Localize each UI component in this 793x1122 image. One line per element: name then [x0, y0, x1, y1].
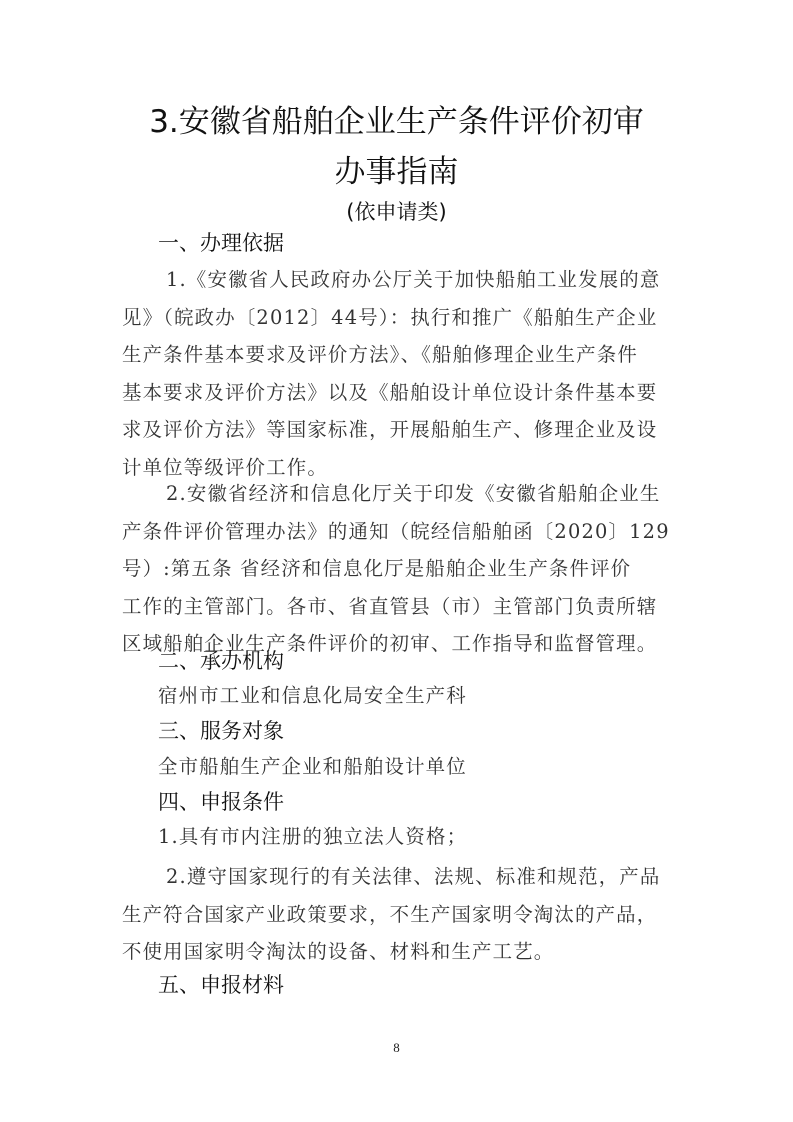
text-line: 工作的主管部门。各市、省直管县（市）主管部门负责所辖 — [122, 588, 674, 626]
document-title: 3.安徽省船舶企业生产条件评价初审 — [0, 100, 793, 144]
text-line: 1.《安徽省人民政府办公厅关于加快船舶工业发展的意 — [122, 261, 674, 299]
text-line: 2.安徽省经济和信息化厅关于印发《安徽省船舶企业生 — [122, 475, 674, 513]
text-line: 2.遵守国家现行的有关法律、法规、标准和规范，产品 — [122, 858, 674, 896]
section-heading-service-target: 三、服务对象 — [158, 716, 284, 746]
basis-paragraph-1: 1.《安徽省人民政府办公厅关于加快船舶工业发展的意 见》（皖政办〔2012〕44… — [122, 261, 674, 486]
document-category: (依申请类) — [0, 196, 793, 228]
section-heading-basis: 一、办理依据 — [158, 228, 284, 258]
text-line: 不使用国家明令淘汰的设备、材料和生产工艺。 — [122, 933, 674, 971]
service-target-text: 全市船舶生产企业和船舶设计单位 — [158, 752, 467, 782]
section-heading-materials: 五、申报材料 — [158, 970, 284, 1000]
text-line: 见》（皖政办〔2012〕44号）：执行和推广《船舶生产企业 — [122, 299, 674, 337]
agency-text: 宿州市工业和信息化局安全生产科 — [158, 681, 467, 711]
condition-item-2: 2.遵守国家现行的有关法律、法规、标准和规范，产品 生产符合国家产业政策要求，不… — [122, 858, 674, 971]
text-line: 求及评价方法》等国家标准，开展船舶生产、修理企业及设 — [122, 411, 674, 449]
text-line: 生产符合国家产业政策要求，不生产国家明令淘汰的产品， — [122, 896, 674, 934]
basis-paragraph-2: 2.安徽省经济和信息化厅关于印发《安徽省船舶企业生 产条件评价管理办法》的通知（… — [122, 475, 674, 663]
text-line: 生产条件基本要求及评价方法》、《船舶修理企业生产条件 — [122, 336, 674, 374]
section-heading-agency: 二、承办机构 — [158, 646, 284, 676]
condition-item-1: 1.具有市内注册的独立法人资格； — [158, 822, 467, 852]
document-title-line2: 办事指南 — [0, 150, 793, 194]
document-page: 3.安徽省船舶企业生产条件评价初审 办事指南 (依申请类) 一、办理依据 1.《… — [0, 0, 793, 1122]
text-line: 产条件评价管理办法》的通知（皖经信船舶函〔2020〕129 — [122, 513, 674, 551]
text-line: 号）:第五条 省经济和信息化厅是船舶企业生产条件评价 — [122, 550, 674, 588]
page-number: 8 — [0, 1040, 793, 1056]
text-line: 基本要求及评价方法》以及《船舶设计单位设计条件基本要 — [122, 374, 674, 412]
section-heading-conditions: 四、申报条件 — [158, 787, 284, 817]
